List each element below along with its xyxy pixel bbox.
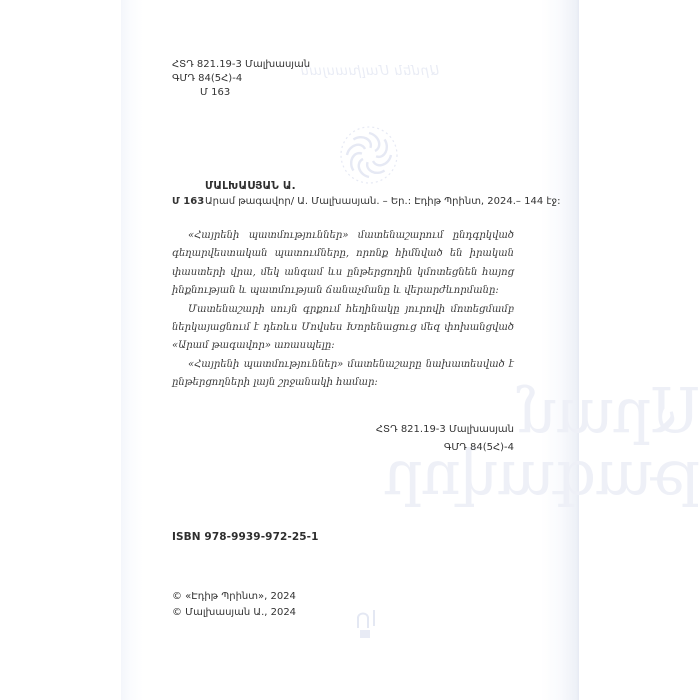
author-mark: Մ 163 bbox=[172, 86, 310, 100]
annotation: «Հայրենի պատմություններ» մատենաշարում ըն… bbox=[172, 227, 514, 393]
catalog-entry: Մ 163Արամ թագավոր/ Ա. Մալխասյան. – Եր.: … bbox=[172, 196, 560, 207]
hto-code: ՀՏԴ 821.19-3 Մալխասյան bbox=[376, 421, 514, 439]
annotation-paragraph: «Հայրենի պատմություններ» մատենաշարը նախա… bbox=[172, 356, 514, 393]
page-margin bbox=[579, 0, 700, 700]
hto-code: ՀՏԴ 821.19-3 Մալխասյան bbox=[172, 58, 310, 72]
gmd-code: ԳՄԴ 84(5Հ)-4 bbox=[172, 72, 310, 86]
isbn: ISBN 978-9939-972-25-1 bbox=[172, 531, 319, 543]
copyright-block: © «Էդիթ Պրինտ», 2024 © Մալխասյան Ա., 202… bbox=[172, 589, 296, 621]
eternity-sign-icon bbox=[336, 122, 402, 188]
catalog-description: Արամ թագավոր/ Ա. Մալխասյան. – Եր.: Էդիթ … bbox=[205, 196, 560, 207]
gmd-code: ԳՄԴ 84(5Հ)-4 bbox=[376, 439, 514, 457]
annotation-paragraph: Մատենաշարի սույն գրքում հեղինակը յուրովի… bbox=[172, 301, 514, 356]
copyright-publisher: © «Էդիթ Պրինտ», 2024 bbox=[172, 589, 296, 605]
catalog-author: ՄԱԼԽԱՍՅԱՆ Ա. bbox=[205, 180, 296, 192]
annotation-paragraph: «Հայրենի պատմություններ» մատենաշարում ըն… bbox=[172, 227, 514, 301]
show-through-author: Արմեն Մալխասյան bbox=[300, 64, 439, 79]
copyright-author: © Մալխասյան Ա., 2024 bbox=[172, 605, 296, 621]
publisher-logo-icon bbox=[354, 608, 378, 642]
catalog-code: Մ 163 bbox=[172, 196, 205, 207]
classification-index-top: ՀՏԴ 821.19-3 Մալխասյան ԳՄԴ 84(5Հ)-4 Մ 16… bbox=[172, 58, 310, 100]
classification-index-bottom: ՀՏԴ 821.19-3 Մալխասյան ԳՄԴ 84(5Հ)-4 bbox=[376, 421, 514, 457]
